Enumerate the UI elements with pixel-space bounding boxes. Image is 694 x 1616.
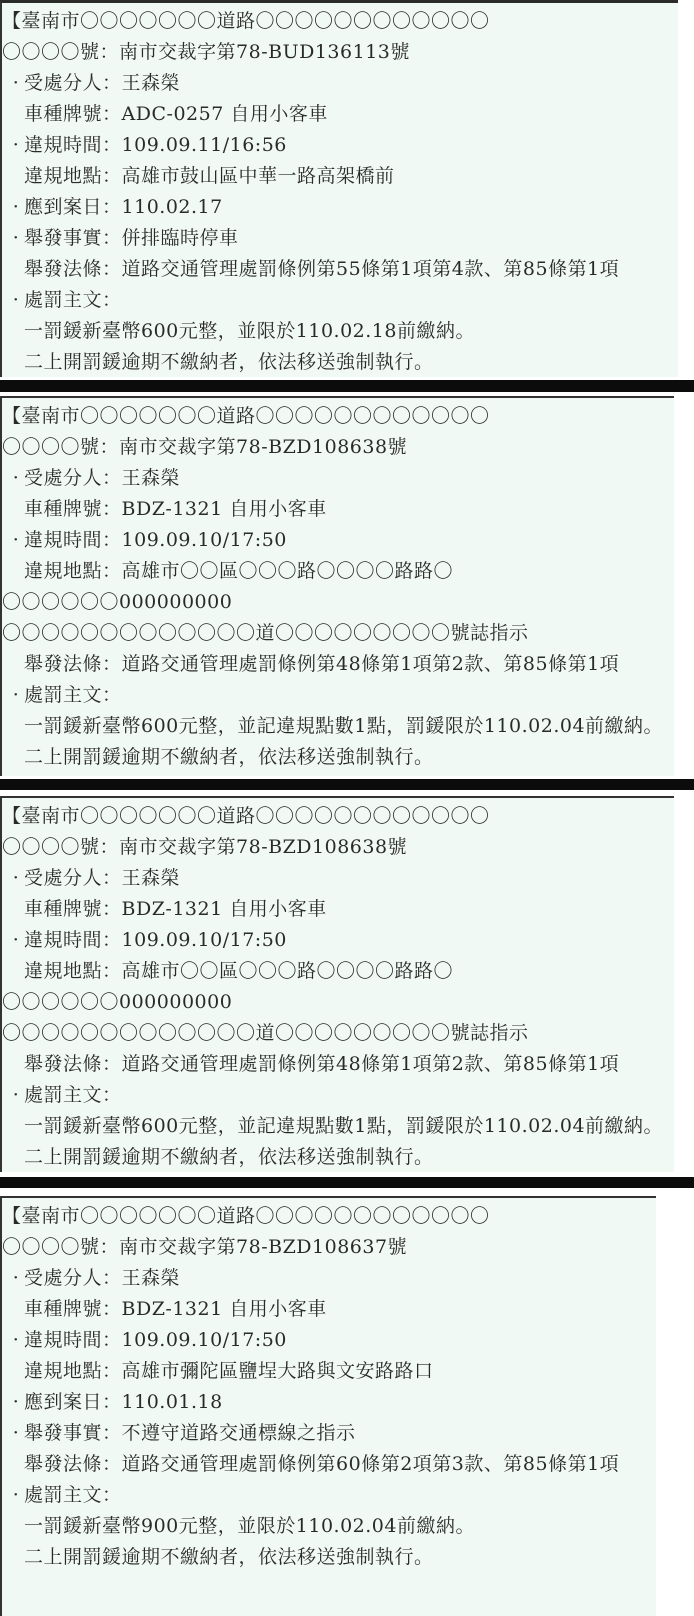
field-label: 違規地點 [24,560,102,582]
document-line: 〇〇〇〇號：南市交裁字第78-BUD136113號 [2,37,678,68]
document-line: 違規地點：高雄市〇〇區〇〇〇路〇〇〇〇路路〇 [2,956,674,987]
document-line: 〇〇〇〇號：南市交裁字第78-BZD108638號 [2,432,674,463]
field-separator: ： [100,836,120,858]
document-line: 違規地點：高雄市彌陀區鹽埕大路與文安路路口 [2,1356,656,1387]
field-label: 違規時間 [24,929,102,951]
field-label: 〇〇〇〇號 [2,836,100,858]
document-line: 舉發法條：道路交通管理處罰條例第60條第2項第3款、第85條第1項 [2,1449,656,1480]
field-separator: ： [102,1422,122,1444]
field-label: 應到案日 [24,196,102,218]
field-separator: ： [102,560,122,582]
field-value: 王森榮 [122,1267,181,1289]
document-line: 違規地點：高雄市〇〇區〇〇〇路〇〇〇〇路路〇 [2,556,674,587]
bullet-dot-icon: · [8,863,24,894]
field-value: 109.09.11/16:56 [122,134,287,156]
field-value: 二上開罰鍰逾期不繳納者，依法移送強制執行。 [24,351,434,373]
field-value: 南市交裁字第78-BZD108638號 [119,836,407,858]
field-separator: ： [102,529,122,551]
field-separator: ： [102,1053,122,1075]
judgment-document-1: 【臺南市〇〇〇〇〇〇〇道路〇〇〇〇〇〇〇〇〇〇〇〇 〇〇〇〇號：南市交裁字第78… [0,0,678,377]
field-value: 110.01.18 [122,1391,223,1413]
document-line: 二上開罰鍰逾期不繳納者，依法移送強制執行。 [2,742,674,773]
bullet-dot-icon: · [8,1325,24,1356]
field-value: BDZ-1321 自用小客車 [122,898,327,920]
judgment-document-3: 【臺南市〇〇〇〇〇〇〇道路〇〇〇〇〇〇〇〇〇〇〇〇 〇〇〇〇號：南市交裁字第78… [0,796,674,1172]
field-value: 109.09.10/17:50 [122,1329,287,1351]
document-line: 車種牌號：BDZ-1321 自用小客車 [2,494,674,525]
document-line: 〇〇〇〇號：南市交裁字第78-BZD108638號 [2,832,674,863]
bullet-dot-icon: · [8,925,24,956]
field-label: 車種牌號 [24,103,102,125]
bullet-dot-icon: · [8,1480,24,1511]
bullet-dot-icon: · [8,463,24,494]
document-line: 舉發法條：道路交通管理處罰條例第55條第1項第4款、第85條第1項 [2,254,678,285]
field-value: 高雄市〇〇區〇〇〇路〇〇〇〇路路〇 [122,560,454,582]
field-separator: ： [100,436,120,458]
field-separator: ： [102,684,122,706]
document-line: 一罰鍰新臺幣600元整，並記違規點數1點，罰鍰限於110.02.04前繳納。 [2,711,674,742]
field-value: 110.02.17 [122,196,223,218]
document-header: 【臺南市〇〇〇〇〇〇〇道路〇〇〇〇〇〇〇〇〇〇〇〇 [2,401,674,432]
field-label: 車種牌號 [24,1298,102,1320]
document-header: 【臺南市〇〇〇〇〇〇〇道路〇〇〇〇〇〇〇〇〇〇〇〇 [2,801,674,832]
field-value: 〇〇〇〇〇〇000000000 [2,991,232,1013]
document-line: ·違規時間：109.09.10/17:50 [2,925,674,956]
field-value: 不遵守道路交通標線之指示 [122,1422,356,1444]
field-separator: ： [102,1329,122,1351]
field-separator: ： [102,1391,122,1413]
field-label: 〇〇〇〇號 [2,436,100,458]
field-value: 併排臨時停車 [122,227,239,249]
field-label: 舉發法條 [24,1453,102,1475]
document-line: 〇〇〇〇〇〇〇〇〇〇〇〇〇道〇〇〇〇〇〇〇〇〇號誌指示 [2,1018,674,1049]
field-value: 道路交通管理處罰條例第60條第2項第3款、第85條第1項 [122,1453,620,1475]
field-separator: ： [102,1267,122,1289]
field-value: 109.09.10/17:50 [122,929,287,951]
field-separator: ： [102,867,122,889]
field-value: 二上開罰鍰逾期不繳納者，依法移送強制執行。 [24,746,434,768]
document-line: 一罰鍰新臺幣600元整，並記違規點數1點，罰鍰限於110.02.04前繳納。 [2,1111,674,1142]
document-line: ·應到案日：110.02.17 [2,192,678,223]
field-label: 舉發法條 [24,258,102,280]
document-line: 二上開罰鍰逾期不繳納者，依法移送強制執行。 [2,1542,656,1573]
field-separator: ： [102,1484,122,1506]
document-body: 【臺南市〇〇〇〇〇〇〇道路〇〇〇〇〇〇〇〇〇〇〇〇 〇〇〇〇號：南市交裁字第78… [2,798,674,1173]
document-line: ·應到案日：110.01.18 [2,1387,656,1418]
bullet-dot-icon: · [8,223,24,254]
bullet-dot-icon: · [8,130,24,161]
field-label: 受處分人 [24,72,102,94]
field-separator: ： [102,498,122,520]
field-value: 一罰鍰新臺幣600元整，並記違規點數1點，罰鍰限於110.02.04前繳納。 [24,1115,663,1137]
document-line: ·處罰主文： [2,1080,674,1111]
section-divider [0,380,694,392]
field-separator: ： [100,1236,120,1258]
field-label: 舉發法條 [24,653,102,675]
field-value: 道路交通管理處罰條例第48條第1項第2款、第85條第1項 [122,1053,620,1075]
document-line: ·受處分人：王森榮 [2,863,674,894]
field-separator: ： [102,960,122,982]
field-separator: ： [102,653,122,675]
bullet-dot-icon: · [8,680,24,711]
field-label: 受處分人 [24,1267,102,1289]
document-line: ·舉發事實：不遵守道路交通標線之指示 [2,1418,656,1449]
document-line: 〇〇〇〇號：南市交裁字第78-BZD108637號 [2,1232,656,1263]
bullet-dot-icon: · [8,1387,24,1418]
field-label: 車種牌號 [24,898,102,920]
document-line: ·違規時間：109.09.10/17:50 [2,1325,656,1356]
field-label: 違規地點 [24,1360,102,1382]
document-line: 車種牌號：BDZ-1321 自用小客車 [2,1294,656,1325]
document-lines: 〇〇〇〇號：南市交裁字第78-BZD108638號·受處分人：王森榮車種牌號：B… [2,432,674,773]
field-separator: ： [102,227,122,249]
field-label: 違規時間 [24,134,102,156]
field-label: 受處分人 [24,467,102,489]
document-line: ·受處分人：王森榮 [2,1263,656,1294]
document-body: 【臺南市〇〇〇〇〇〇〇道路〇〇〇〇〇〇〇〇〇〇〇〇 〇〇〇〇號：南市交裁字第78… [2,398,674,773]
document-line: ·處罰主文： [2,1480,656,1511]
bullet-dot-icon: · [8,68,24,99]
judgment-document-2: 【臺南市〇〇〇〇〇〇〇道路〇〇〇〇〇〇〇〇〇〇〇〇 〇〇〇〇號：南市交裁字第78… [0,396,674,776]
document-header: 【臺南市〇〇〇〇〇〇〇道路〇〇〇〇〇〇〇〇〇〇〇〇 [2,1201,656,1232]
field-label: 處罰主文 [24,1484,102,1506]
field-separator: ： [102,1360,122,1382]
field-label: 舉發事實 [24,227,102,249]
field-separator: ： [102,72,122,94]
document-line: ·受處分人：王森榮 [2,463,674,494]
document-header: 【臺南市〇〇〇〇〇〇〇道路〇〇〇〇〇〇〇〇〇〇〇〇 [2,6,678,37]
bullet-dot-icon: · [8,192,24,223]
field-label: 處罰主文 [24,684,102,706]
field-label: 〇〇〇〇號 [2,41,100,63]
field-separator: ： [102,165,122,187]
document-lines: 〇〇〇〇號：南市交裁字第78-BUD136113號·受處分人：王森榮車種牌號：A… [2,37,678,378]
field-value: 一罰鍰新臺幣900元整，並限於110.02.04前繳納。 [24,1515,475,1537]
field-separator: ： [102,898,122,920]
field-label: 違規地點 [24,960,102,982]
document-line: ·違規時間：109.09.10/17:50 [2,525,674,556]
document-line: 車種牌號：BDZ-1321 自用小客車 [2,894,674,925]
field-separator: ： [102,289,122,311]
document-line: 〇〇〇〇〇〇000000000 [2,587,674,618]
document-line: 〇〇〇〇〇〇000000000 [2,987,674,1018]
field-value: 〇〇〇〇〇〇000000000 [2,591,232,613]
field-label: 舉發事實 [24,1422,102,1444]
document-line: 二上開罰鍰逾期不繳納者，依法移送強制執行。 [2,1142,674,1173]
bullet-dot-icon: · [8,1080,24,1111]
field-separator: ： [102,1453,122,1475]
field-value: 高雄市彌陀區鹽埕大路與文安路路口 [122,1360,434,1382]
document-line: ·處罰主文： [2,285,678,316]
field-value: 〇〇〇〇〇〇〇〇〇〇〇〇〇道〇〇〇〇〇〇〇〇〇號誌指示 [2,1022,529,1044]
field-separator: ： [102,467,122,489]
document-body: 【臺南市〇〇〇〇〇〇〇道路〇〇〇〇〇〇〇〇〇〇〇〇 〇〇〇〇號：南市交裁字第78… [2,1198,656,1573]
document-line: 舉發法條：道路交通管理處罰條例第48條第1項第2款、第85條第1項 [2,649,674,680]
field-separator: ： [102,929,122,951]
field-label: 違規地點 [24,165,102,187]
document-line: 一罰鍰新臺幣600元整，並限於110.02.18前繳納。 [2,316,678,347]
field-value: 南市交裁字第78-BUD136113號 [119,41,410,63]
field-label: 舉發法條 [24,1053,102,1075]
document-lines: 〇〇〇〇號：南市交裁字第78-BZD108638號·受處分人：王森榮車種牌號：B… [2,832,674,1173]
field-separator: ： [102,1298,122,1320]
field-value: BDZ-1321 自用小客車 [122,1298,327,1320]
field-separator: ： [102,196,122,218]
document-line: 車種牌號：ADC-0257 自用小客車 [2,99,678,130]
bullet-dot-icon: · [8,1263,24,1294]
document-line: 一罰鍰新臺幣900元整，並限於110.02.04前繳納。 [2,1511,656,1542]
field-label: 處罰主文 [24,289,102,311]
bullet-dot-icon: · [8,525,24,556]
field-separator: ： [102,258,122,280]
field-label: 〇〇〇〇號 [2,1236,100,1258]
field-value: 王森榮 [122,867,181,889]
field-label: 違規時間 [24,1329,102,1351]
field-value: BDZ-1321 自用小客車 [122,498,327,520]
bullet-dot-icon: · [8,1418,24,1449]
field-label: 車種牌號 [24,498,102,520]
document-line: ·受處分人：王森榮 [2,68,678,99]
field-label: 應到案日 [24,1391,102,1413]
document-line: ·處罰主文： [2,680,674,711]
field-separator: ： [100,41,120,63]
field-value: 道路交通管理處罰條例第55條第1項第4款、第85條第1項 [122,258,620,280]
field-value: 高雄市〇〇區〇〇〇路〇〇〇〇路路〇 [122,960,454,982]
field-value: 南市交裁字第78-BZD108638號 [119,436,407,458]
document-line: 二上開罰鍰逾期不繳納者，依法移送強制執行。 [2,347,678,378]
field-separator: ： [102,134,122,156]
document-body: 【臺南市〇〇〇〇〇〇〇道路〇〇〇〇〇〇〇〇〇〇〇〇 〇〇〇〇號：南市交裁字第78… [2,3,678,378]
field-value: 一罰鍰新臺幣600元整，並記違規點數1點，罰鍰限於110.02.04前繳納。 [24,715,663,737]
section-divider [0,1177,694,1188]
judgment-document-4: 【臺南市〇〇〇〇〇〇〇道路〇〇〇〇〇〇〇〇〇〇〇〇 〇〇〇〇號：南市交裁字第78… [0,1196,656,1616]
field-value: 南市交裁字第78-BZD108637號 [119,1236,407,1258]
field-label: 違規時間 [24,529,102,551]
field-value: 道路交通管理處罰條例第48條第1項第2款、第85條第1項 [122,653,620,675]
field-separator: ： [102,1084,122,1106]
field-label: 受處分人 [24,867,102,889]
document-line: 〇〇〇〇〇〇〇〇〇〇〇〇〇道〇〇〇〇〇〇〇〇〇號誌指示 [2,618,674,649]
document-line: ·違規時間：109.09.11/16:56 [2,130,678,161]
document-lines: 〇〇〇〇號：南市交裁字第78-BZD108637號·受處分人：王森榮車種牌號：B… [2,1232,656,1573]
field-value: 二上開罰鍰逾期不繳納者，依法移送強制執行。 [24,1146,434,1168]
field-value: ADC-0257 自用小客車 [122,103,328,125]
document-line: 舉發法條：道路交通管理處罰條例第48條第1項第2款、第85條第1項 [2,1049,674,1080]
document-line: ·舉發事實：併排臨時停車 [2,223,678,254]
field-value: 109.09.10/17:50 [122,529,287,551]
field-separator: ： [102,103,122,125]
bullet-dot-icon: · [8,285,24,316]
field-value: 高雄市鼓山區中華一路高架橋前 [122,165,395,187]
section-divider [0,779,694,790]
document-line: 違規地點：高雄市鼓山區中華一路高架橋前 [2,161,678,192]
field-value: 一罰鍰新臺幣600元整，並限於110.02.18前繳納。 [24,320,475,342]
field-value: 王森榮 [122,467,181,489]
field-value: 〇〇〇〇〇〇〇〇〇〇〇〇〇道〇〇〇〇〇〇〇〇〇號誌指示 [2,622,529,644]
field-label: 處罰主文 [24,1084,102,1106]
field-value: 王森榮 [122,72,181,94]
field-value: 二上開罰鍰逾期不繳納者，依法移送強制執行。 [24,1546,434,1568]
